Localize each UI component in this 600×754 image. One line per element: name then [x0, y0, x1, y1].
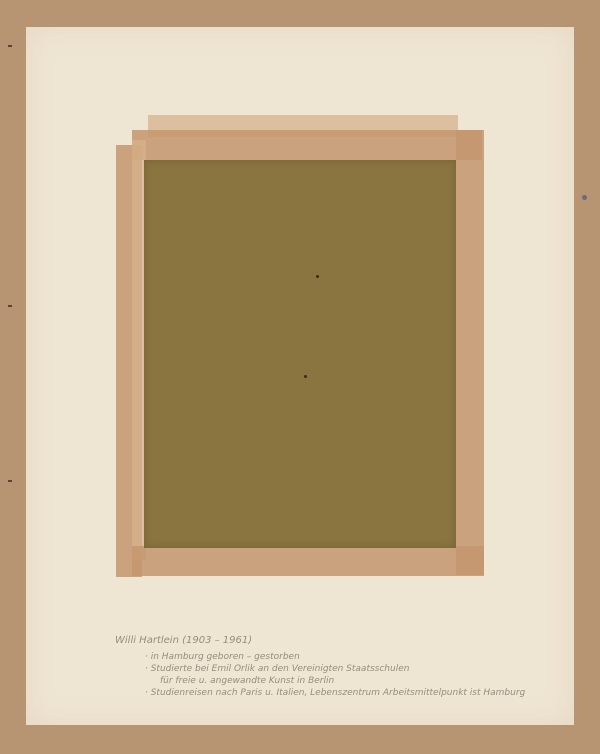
- tape-right: [456, 130, 484, 575]
- speck: [316, 275, 319, 278]
- notes-line: · Studienreisen nach Paris u. Italien, L…: [115, 687, 525, 699]
- pin-mark: [8, 480, 12, 482]
- pin-mark: [8, 45, 12, 47]
- pin-mark: [582, 195, 587, 200]
- notes-title: Willi Hartlein (1903 – 1961): [115, 635, 525, 647]
- brown-paper-sheet: [144, 160, 456, 548]
- notes-line: · Studierte bei Emil Orlik an den Verein…: [115, 663, 525, 675]
- tape-bottom: [132, 546, 484, 576]
- pin-mark: [8, 305, 12, 307]
- handwritten-notes: Willi Hartlein (1903 – 1961) · in Hambur…: [115, 635, 525, 699]
- notes-line: · in Hamburg geboren – gestorben: [115, 651, 525, 663]
- tape-top: [132, 130, 482, 160]
- cardboard-backing: Willi Hartlein (1903 – 1961) · in Hambur…: [0, 0, 600, 754]
- speck: [304, 375, 307, 378]
- notes-line: für freie u. angewandte Kunst in Berlin: [115, 675, 525, 687]
